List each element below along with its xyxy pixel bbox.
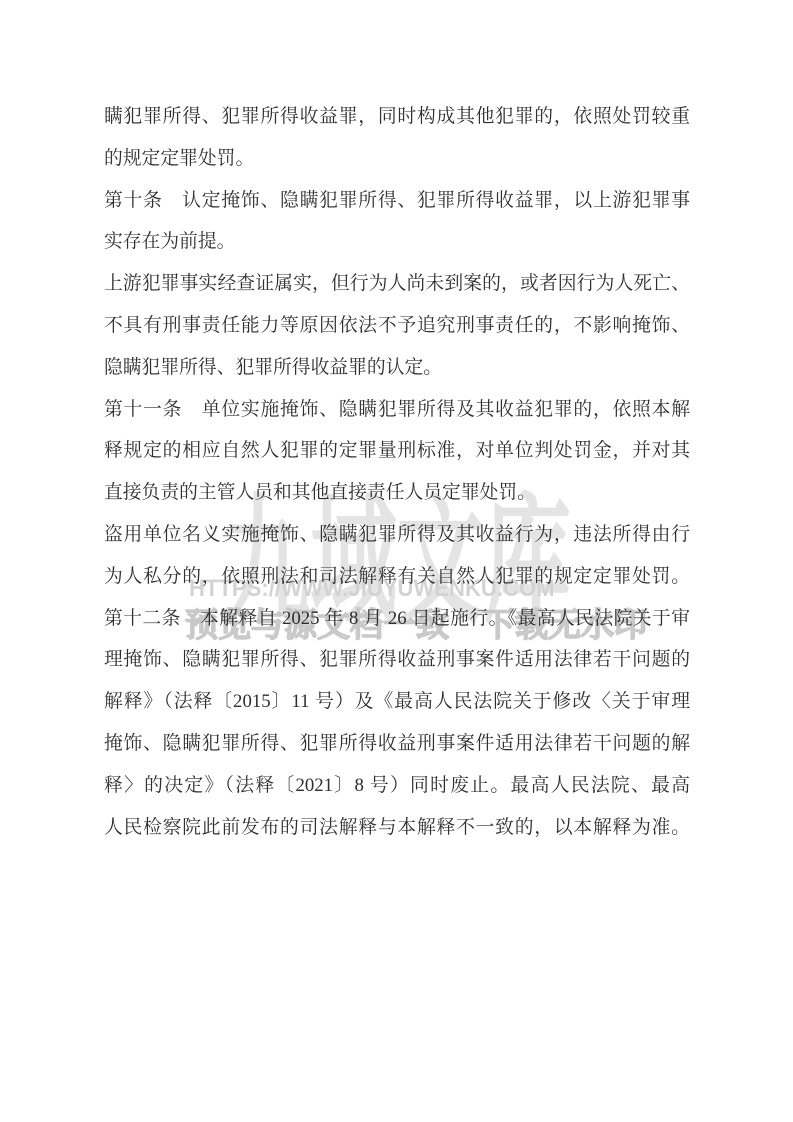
document-text: 瞒犯罪所得、犯罪所得收益罪，同时构成其他犯罪的，依照处罚较重的规定定罪处罚。第十… (104, 96, 690, 848)
text-line: 不具有刑事责任能力等原因依法不予追究刑事责任的，不影响掩饰、 (104, 305, 690, 347)
text-line: 掩饰、隐瞒犯罪所得、犯罪所得收益刑事案件适用法律若干问题的解 (104, 723, 690, 765)
text-line: 直接负责的主管人员和其他直接责任人员定罪处罚。 (104, 472, 690, 514)
text-line: 为人私分的，依照刑法和司法解释有关自然人犯罪的规定定罪处罚。 (104, 556, 690, 598)
text-line: 上游犯罪事实经查证属实，但行为人尚未到案的，或者因行为人死亡、 (104, 263, 690, 305)
text-line: 释〉的决定》（法释〔2021〕8 号）同时废止。最高人民法院、最高 (104, 765, 690, 807)
text-line: 第十一条 单位实施掩饰、隐瞒犯罪所得及其收益犯罪的，依照本解 (104, 389, 690, 431)
text-line: 人民检察院此前发布的司法解释与本解释不一致的，以本解释为准。 (104, 807, 690, 849)
text-line: 释规定的相应自然人犯罪的定罪量刑标准，对单位判处罚金，并对其 (104, 430, 690, 472)
text-line: 实存在为前提。 (104, 221, 690, 263)
text-line: 解释》（法释〔2015〕11 号）及《最高人民法院关于修改〈关于审理 (104, 681, 690, 723)
text-line: 理掩饰、隐瞒犯罪所得、犯罪所得收益刑事案件适用法律若干问题的 (104, 639, 690, 681)
text-line: 隐瞒犯罪所得、犯罪所得收益罪的认定。 (104, 347, 690, 389)
document-page: 九域文库 HTTPS://WWW.JIUYUWENKU.COM 预览与源文档一致… (0, 0, 793, 1122)
text-line: 盗用单位名义实施掩饰、隐瞒犯罪所得及其收益行为，违法所得由行 (104, 514, 690, 556)
text-line: 第十二条 本解释自 2025 年 8 月 26 日起施行。《最高人民法院关于审 (104, 598, 690, 640)
text-line: 的规定定罪处罚。 (104, 138, 690, 180)
text-line: 瞒犯罪所得、犯罪所得收益罪，同时构成其他犯罪的，依照处罚较重 (104, 96, 690, 138)
text-line: 第十条 认定掩饰、隐瞒犯罪所得、犯罪所得收益罪，以上游犯罪事 (104, 180, 690, 222)
